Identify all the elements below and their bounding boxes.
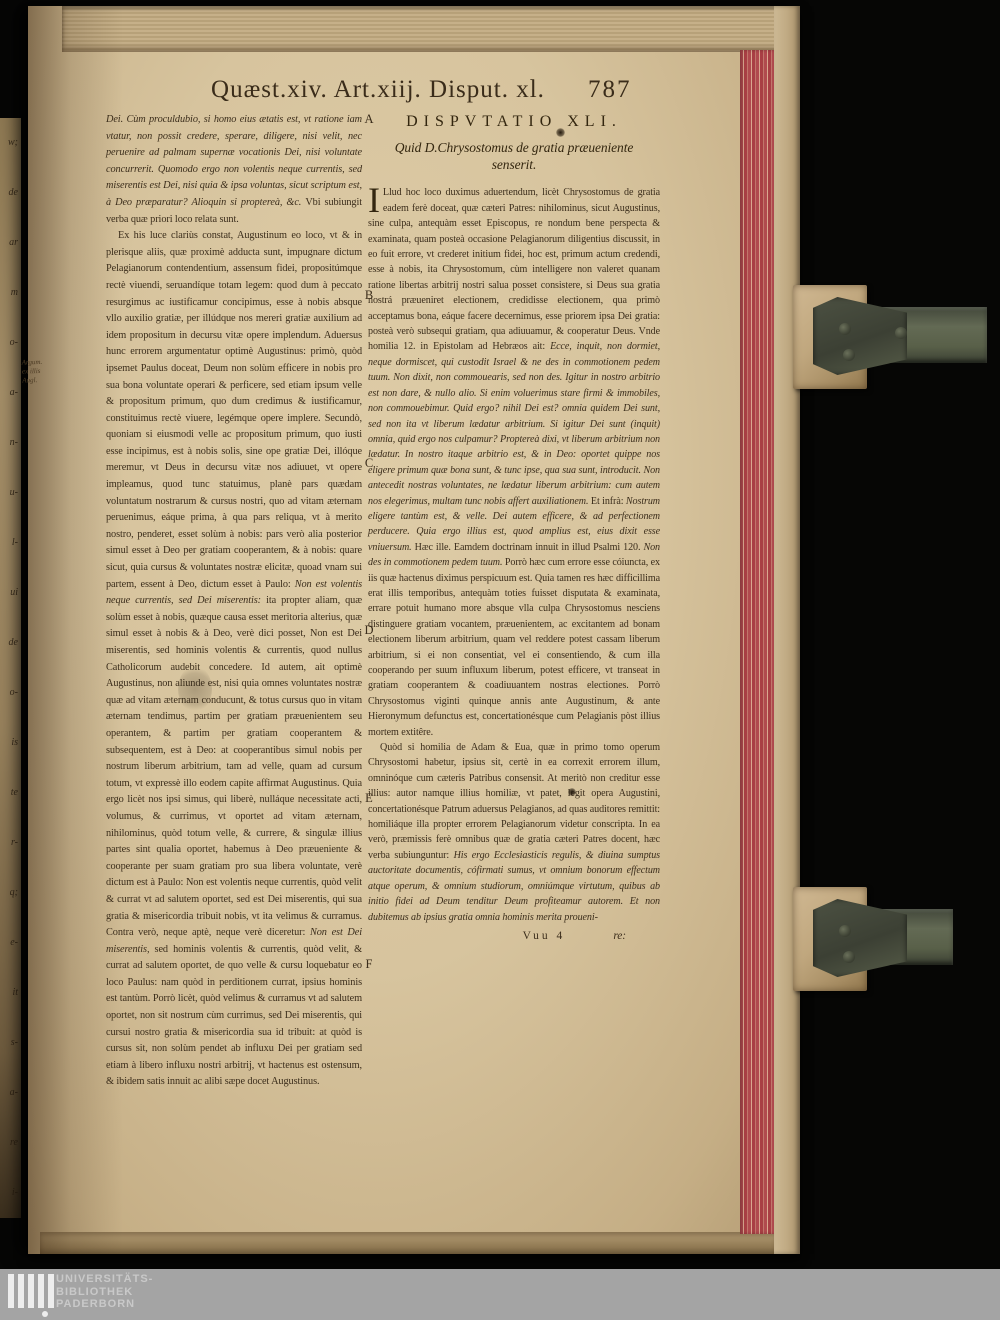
margin-letter-C: C: [361, 456, 377, 471]
top-clasp: [793, 281, 993, 393]
cover-board-edge: [774, 6, 800, 1254]
ink-blot: [568, 788, 576, 796]
logo-bar: [8, 1274, 14, 1308]
edge-text-fragment: e-: [0, 918, 21, 968]
library-logo-icon: [8, 1274, 54, 1308]
edge-text-fragment: ui: [0, 568, 21, 618]
right-column-body: ILlud hoc loco duximus aduertendum, licè…: [368, 185, 660, 925]
running-title: Quæst.xiv. Art.xiij. Disput. xl.: [148, 76, 608, 104]
edge-text-fragment: de: [0, 168, 21, 218]
clasp-rivet: [843, 349, 855, 361]
edge-text-fragment: re: [0, 1118, 21, 1168]
margin-letter-B: B: [361, 288, 377, 303]
edge-text-fragment: n-: [0, 418, 21, 468]
disputatio-heading: DISPVTATIO XLI.: [368, 114, 660, 129]
paragraph: Quòd si homilia de Adam & Eua, quæ in pr…: [368, 740, 660, 925]
book-scan-photo: w;dearmo-a-n-u-l-uideo-ister-q;e-its-a-r…: [0, 0, 1000, 1320]
paragraph: ILlud hoc loco duximus aduertendum, licè…: [368, 185, 660, 740]
marginal-note: Argum.ex illisAugl.: [22, 357, 55, 385]
logo-bar: [18, 1274, 24, 1308]
margin-letter-D: D: [361, 623, 377, 638]
book-bottom-edge: [40, 1232, 776, 1254]
margin-letter-E: E: [361, 791, 377, 806]
logo-bar: [38, 1274, 44, 1308]
clasp-rivet: [843, 951, 855, 963]
library-name: UNIVERSITÄTS- BIBLIOTHEK PADERBORN: [56, 1273, 153, 1311]
edge-text-fragment: a-: [0, 368, 21, 418]
bottom-clasp: [793, 883, 958, 995]
edge-text-fragment: te: [0, 768, 21, 818]
edge-text-fragment: a-: [0, 1068, 21, 1118]
clasp-rivet: [839, 323, 851, 335]
edge-text-fragment: m: [0, 268, 21, 318]
book-top-edge: [62, 6, 800, 52]
edge-text-fragment: it: [0, 968, 21, 1018]
paragraph: Ex his luce clariùs constat, Augustinum …: [106, 228, 362, 1091]
logo-bar: [48, 1274, 54, 1308]
left-column: Dei. Cùm proculdubio, si homo eius ætati…: [106, 112, 362, 1091]
edge-text-fragment: s-: [0, 1018, 21, 1068]
edge-text-fragment: w;: [0, 118, 21, 168]
paragraph: Dei. Cùm proculdubio, si homo eius ætati…: [106, 112, 362, 228]
edge-text-fragment: de: [0, 618, 21, 668]
book-page: Quæst.xiv. Art.xiij. Disput. xl. 787 Dei…: [28, 6, 800, 1254]
right-column: DISPVTATIO XLI. Quid D.Chrysostomus de g…: [368, 112, 660, 944]
disputatio-subheading: Quid D.Chrysostomus de gratia præuenient…: [382, 139, 646, 173]
edge-text-fragment: i-: [0, 1168, 21, 1218]
edge-text-fragment: r-: [0, 818, 21, 868]
edge-text-fragment: ar: [0, 218, 21, 268]
clasp-rivet: [839, 925, 851, 937]
edge-text-fragment: u-: [0, 468, 21, 518]
page-stain: [178, 666, 212, 712]
catchword: re:: [613, 929, 626, 944]
edge-text-fragment: o-: [0, 318, 21, 368]
page-number: 787: [588, 76, 632, 104]
left-page-edges: w;dearmo-a-n-u-l-uideo-ister-q;e-its-a-r…: [0, 118, 21, 1218]
signature-row: Vuu 4 re:: [368, 929, 660, 944]
logo-bar: [28, 1274, 34, 1308]
red-fore-edge: [740, 50, 774, 1234]
edge-text-fragment: l-: [0, 518, 21, 568]
edge-text-fragment: is: [0, 718, 21, 768]
drop-cap: I: [368, 185, 383, 214]
margin-letter-F: F: [361, 957, 377, 972]
ink-blot: [556, 128, 565, 137]
edge-text-fragment: q;: [0, 868, 21, 918]
library-logo-dot: [42, 1311, 48, 1317]
library-footer-band: UNIVERSITÄTS- BIBLIOTHEK PADERBORN: [0, 1269, 1000, 1320]
quire-signature: Vuu 4: [523, 929, 566, 944]
clasp-rivet: [895, 327, 907, 339]
edge-text-fragment: o-: [0, 668, 21, 718]
margin-letter-A: A: [361, 112, 377, 127]
